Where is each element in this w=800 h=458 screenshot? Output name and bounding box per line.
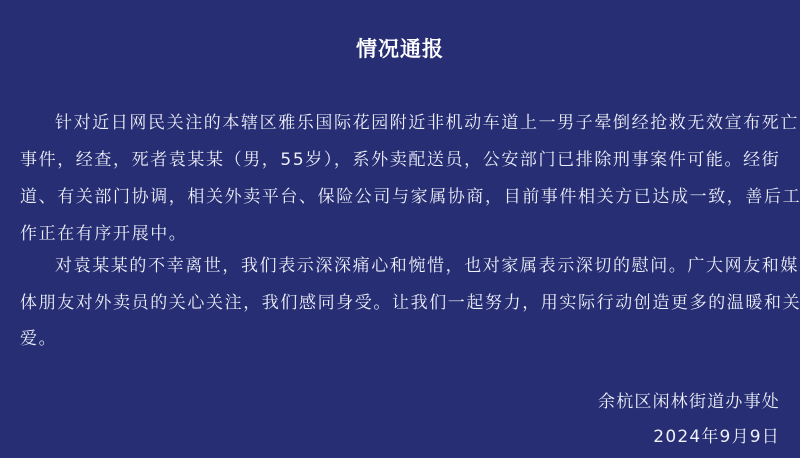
paragraph-2-line-2: 体朋友对外卖员的关心关注，我们感同身受。让我们一起努力，用实际行动创造更多的温暖… [20, 288, 800, 313]
notice-document: 情况通报 针对近日网民关注的本辖区雅乐国际花园附近非机动车道上一男子晕倒经抢救无… [0, 0, 800, 458]
paragraph-1-line-3: 道、有关部门协调，相关外卖平台、保险公司与家属协商，目前事件相关方已达成一致，善… [20, 182, 800, 207]
paragraph-1-line-4: 作正在有序开展中。 [20, 219, 187, 244]
issuer-name: 余杭区闲林街道办事处 [598, 387, 780, 412]
notice-title: 情况通报 [0, 33, 800, 63]
paragraph-2-line-1: 对袁某某的不幸离世，我们表示深深痛心和惋惜，也对家属表示深切的慰问。广大网友和媒 [55, 251, 799, 276]
paragraph-2-line-3: 爱。 [20, 324, 57, 349]
paragraph-1-line-1: 针对近日网民关注的本辖区雅乐国际花园附近非机动车道上一男子晕倒经抢救无效宣布死亡 [55, 108, 799, 133]
issue-date: 2024年9月9日 [653, 422, 780, 447]
paragraph-1-line-2: 事件，经查，死者袁某某（男，55岁），系外卖配送员，公安部门已排除刑事案件可能。… [20, 145, 780, 170]
